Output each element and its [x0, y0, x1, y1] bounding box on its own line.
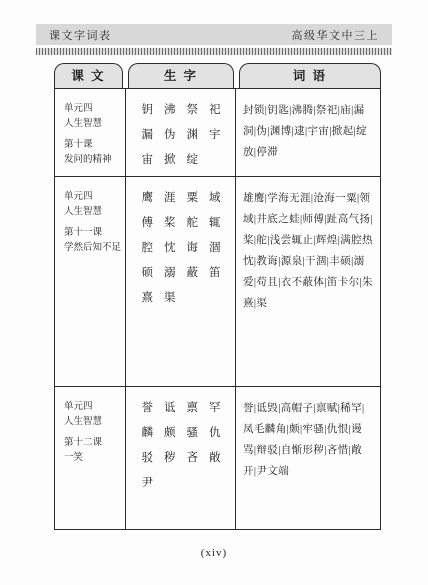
new-character: 渊	[187, 126, 199, 142]
table-row-1-lesson-cell: 单元四 人生智慧 第十课 发问的精神	[55, 89, 126, 177]
table-row-3-lesson-cell: 单元四 人生智慧 第十二课 一笑	[55, 387, 126, 529]
new-character: 罕	[209, 399, 221, 415]
new-character: 渠	[164, 289, 176, 305]
new-character: 硕	[142, 264, 154, 280]
page-number: (xiv)	[0, 547, 428, 559]
new-character: 腔	[142, 239, 154, 255]
table-row-2-lesson-cell: 单元四 人生智慧 第十一课 学然后知不足	[55, 177, 126, 387]
unit-label: 单元四	[64, 400, 121, 415]
table-row-2-characters-cell: 鹰涯粟域傅桨舵辄腔忱诲涸硕溺蔽笛熹渠	[126, 177, 236, 387]
lesson-title: 发问的精神	[64, 153, 121, 168]
new-character: 漏	[142, 126, 154, 142]
table-body: 单元四 人生智慧 第十课 发问的精神 钥沸祭祀漏伪渊宇宙掀绽 封锁|钥匙|沸腾|…	[54, 88, 381, 530]
header-left-title: 课文字词表	[49, 27, 112, 43]
new-character: 溺	[164, 264, 176, 280]
table-row-3-words-cell: 誉|诋毁|高帽子|禀赋|稀罕|凤毛麟角|颇|牢骚|仇恨|谩骂|辩驳|自惭形秽|吝…	[236, 387, 380, 529]
lesson-number: 第十一课	[64, 226, 121, 241]
table-header-row: 课 文 生 字 词 语	[54, 63, 381, 88]
lesson-number: 第十课	[64, 138, 121, 153]
new-character: 钥	[142, 101, 154, 117]
table-row-2-words-cell: 雄鹰|学海无涯|沧海一粟|领域|井底之蛙|师傅|趾高气扬|桨|舵|浅尝辄止|辉煌…	[236, 177, 380, 387]
new-character: 沸	[164, 101, 176, 117]
new-character: 熹	[142, 289, 154, 305]
new-character: 吝	[187, 449, 199, 465]
lesson-title: 一笑	[64, 451, 121, 466]
unit-label: 单元四	[64, 102, 121, 117]
table-row-1-characters-cell: 钥沸祭祀漏伪渊宇宙掀绽	[126, 89, 236, 177]
theme-label: 人生智慧	[64, 415, 121, 430]
new-character: 桨	[164, 214, 176, 230]
hatched-divider	[36, 48, 392, 55]
new-character: 伪	[164, 126, 176, 142]
lesson-number: 第十二课	[64, 436, 121, 451]
new-character: 骚	[187, 424, 199, 440]
new-character: 舵	[187, 214, 199, 230]
new-character: 涸	[209, 239, 221, 255]
lesson-title: 学然后知不足	[64, 241, 121, 256]
new-character: 宇	[209, 126, 221, 142]
new-character: 祀	[209, 101, 221, 117]
new-character: 敞	[209, 449, 221, 465]
unit-label: 单元四	[64, 190, 121, 205]
column-header-lesson: 课 文	[54, 63, 123, 88]
new-character: 绽	[187, 151, 199, 167]
new-character: 辄	[209, 214, 221, 230]
new-character: 忱	[164, 239, 176, 255]
new-character: 麟	[142, 424, 154, 440]
new-character: 掀	[164, 151, 176, 167]
new-character: 蔽	[187, 264, 199, 280]
textbook-page: 课文字词表 高级华文中三上 课 文 生 字 词 语 单元四 人生智慧 第十课 发…	[0, 0, 428, 585]
table-row-3-characters-cell: 誉诋禀罕麟颇骚仇驳秽吝敞尹	[126, 387, 236, 529]
new-character: 尹	[142, 474, 154, 490]
column-header-characters: 生 字	[128, 63, 234, 88]
new-character: 诋	[164, 399, 176, 415]
new-character: 颇	[164, 424, 176, 440]
new-character: 傅	[142, 214, 154, 230]
table-row-1-words-cell: 封锁|钥匙|沸腾|祭祀|庙|漏洞|伪|渊博|逮|宇宙|掀起|绽放|停滞	[236, 89, 380, 177]
new-character: 宙	[142, 151, 154, 167]
new-character: 诲	[187, 239, 199, 255]
column-header-words: 词 语	[239, 63, 381, 88]
header-right-title: 高级华文中三上	[292, 27, 380, 43]
new-character: 秽	[164, 449, 176, 465]
new-character: 粟	[187, 189, 199, 205]
new-character: 祭	[187, 101, 199, 117]
new-character: 誉	[142, 399, 154, 415]
new-character: 鹰	[142, 189, 154, 205]
page-header: 课文字词表 高级华文中三上	[36, 24, 392, 45]
new-character: 驳	[142, 449, 154, 465]
theme-label: 人生智慧	[64, 117, 121, 132]
new-character: 禀	[187, 399, 199, 415]
vocab-table: 课 文 生 字 词 语 单元四 人生智慧 第十课 发问的精神 钥沸祭祀漏伪渊宇宙…	[54, 63, 381, 530]
new-character: 笛	[209, 264, 221, 280]
new-character: 涯	[164, 189, 176, 205]
new-character: 域	[209, 189, 221, 205]
new-character: 仇	[209, 424, 221, 440]
theme-label: 人生智慧	[64, 205, 121, 220]
